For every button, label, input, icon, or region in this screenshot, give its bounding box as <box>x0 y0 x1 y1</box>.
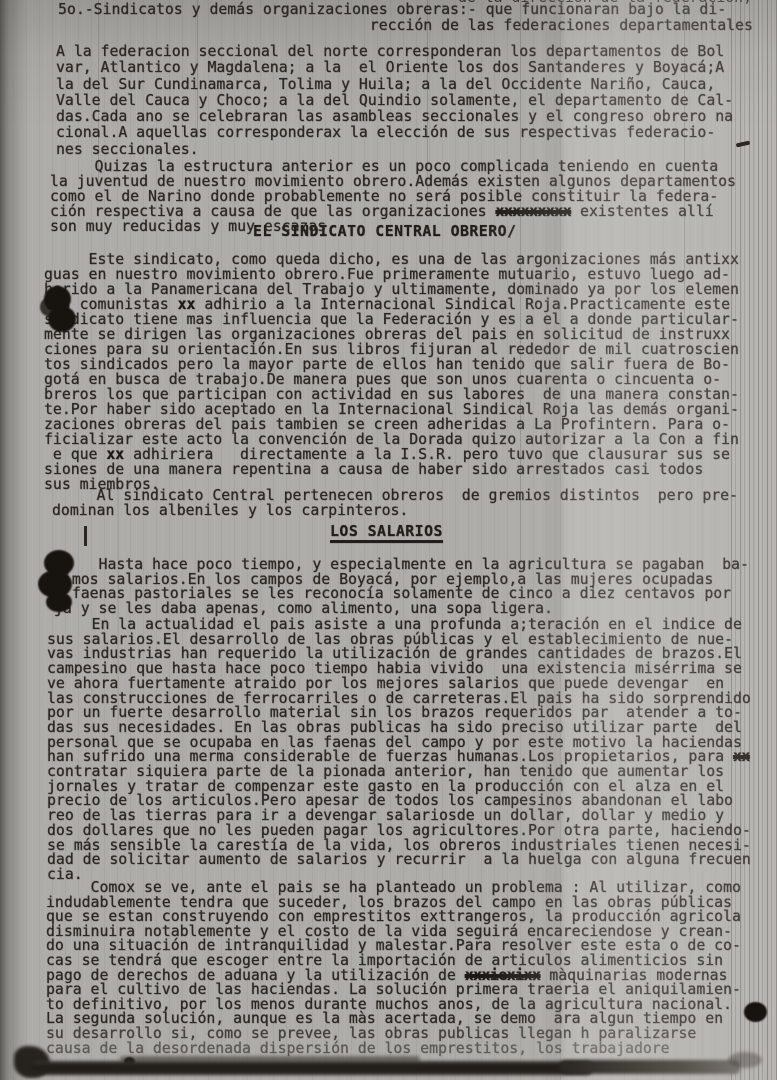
text-line: ciones para su orientación.En sus libros… <box>44 342 739 357</box>
bottom-ink-smear <box>728 1052 762 1068</box>
paragraph-sindicato: Este sindicato, como queda dicho, es una… <box>44 252 739 492</box>
text-line: gotá en busca de trabajo.De manera pues … <box>44 372 739 387</box>
text-line: Quizas la estructura anterior es un poco… <box>50 159 736 174</box>
text-line: tos sindicados pero la mayor parte de el… <box>44 357 739 372</box>
paragraph-problema: Comox se ve, ante el pais se ha plantead… <box>46 881 741 1056</box>
ink-blot <box>46 592 72 612</box>
bottom-ink-smear <box>32 1061 592 1075</box>
text-line: LOS SALARIOS <box>330 524 443 539</box>
text-line: como el de Narino donde probablemente no… <box>50 189 736 204</box>
text-line: cional.A aquellas corresponderax la elec… <box>56 125 733 141</box>
struck-out-word: xxxxxxxxx <box>495 203 571 220</box>
heading-sindicato-central: EL SINDICATO CENTRAL OBRERO/ <box>253 224 516 239</box>
left-edge-shadow <box>0 0 30 1080</box>
text-line: breros los que participan con actividad … <box>44 387 739 402</box>
text-line: siones de una manera repentina a causa d… <box>44 462 739 477</box>
text-line: te.Por haber sido aceptado en la Interna… <box>44 402 739 417</box>
bottom-ink-smear <box>120 1056 420 1062</box>
text-line: das.Cada ano se celebraran las asambleas… <box>56 109 733 125</box>
ink-blot <box>40 298 56 316</box>
text-line: Valle del Cauca y Choco; a la del Quindi… <box>56 93 733 109</box>
text-line: ficializar este acto la convención de la… <box>44 432 739 447</box>
text-line: guas en nuestro movimiento obrero.Fue pr… <box>44 267 739 282</box>
text-line: EL SINDICATO CENTRAL OBRERO/ <box>253 224 516 239</box>
text-line: ja y se les daba apenas, como alimento, … <box>54 602 749 617</box>
paragraph-salarios-actualidad: En la actualidad el pais asiste a una pr… <box>47 618 751 883</box>
paragraph-gremios: Al sindicato Central pertenecen obreros … <box>52 489 738 518</box>
text-line: ción respectiva a causa de que las organ… <box>50 204 736 219</box>
heading-los-salarios: LOS SALARIOS <box>330 524 443 539</box>
text-line: nes seccionales. <box>56 142 733 158</box>
text-line: e que xx adhiriera directamente a la I.S… <box>44 447 739 462</box>
bottom-ink-smear <box>560 1060 740 1074</box>
text-line: rección de las federaciones departamenta… <box>58 18 753 34</box>
text-line: la juventud de nuestro movimiento obrero… <box>50 174 736 189</box>
paragraph-salarios-antes: Hasta hace poco tiempo, y especialmente … <box>54 558 749 617</box>
text-line: Este sindicato, como queda dicho, es una… <box>44 252 739 267</box>
text-line: causa de la desordenada dispersión de lo… <box>46 1042 741 1057</box>
text-segment: existentes allí <box>571 203 714 220</box>
text-line: la del Sur Cundinamarca, Tolima y Huila;… <box>56 77 733 93</box>
text-line: 5o.-Sindicatos y demás organizaciones ob… <box>58 2 753 18</box>
right-edge-streaks <box>731 0 777 1080</box>
intro-clause: 5o.-Sindicatos y demás organizaciones ob… <box>58 2 753 33</box>
text-line: herido a la Panamericana del Trabajo y u… <box>44 282 739 297</box>
text-line: zaciones obreras del pais tambien se cre… <box>44 417 739 432</box>
pen-stroke <box>84 526 87 546</box>
text-line: dominan los albeniles y los carpinteros. <box>52 504 738 519</box>
text-line: A la federacion seccional del norte corr… <box>56 44 733 60</box>
text-line: mente se dirigen las organizaciones obre… <box>44 327 739 342</box>
text-line: sindicato tiene mas influencia que la Fe… <box>44 312 739 327</box>
text-line: var, Atlantico y Magdalena; a la el Orie… <box>56 60 733 76</box>
text-line: dad de solicitar aumento de salarios y r… <box>47 853 751 868</box>
text-line: tos comunistas xx adhirio a la Internaci… <box>44 297 739 312</box>
ink-blot <box>744 1002 767 1022</box>
paragraph-federaciones: A la federacion seccional del norte corr… <box>56 44 733 158</box>
scanned-document-page: de la dirección de la federación, 5o.-Si… <box>0 0 777 1080</box>
